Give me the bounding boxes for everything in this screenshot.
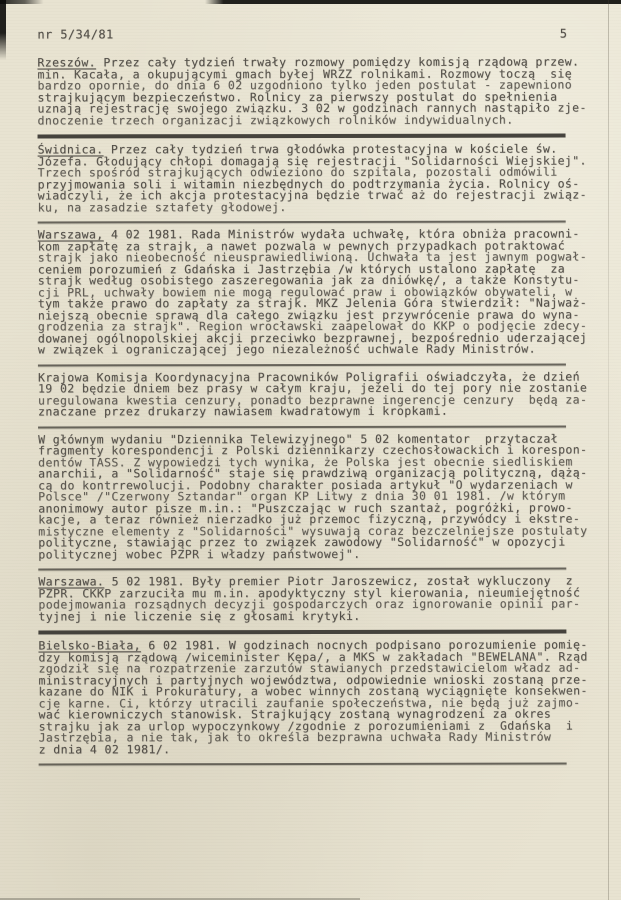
section-divider	[38, 221, 566, 224]
section-divider	[39, 763, 567, 766]
page-number: 5	[560, 27, 568, 41]
text-line: w związek i ograniczającej jego niezależ…	[38, 344, 568, 356]
text-line: uregulowana kwestia cenzury, ponadto bez…	[38, 394, 568, 406]
section-divider	[38, 425, 566, 428]
news-section: W głównym wydaniu "Dziennika Telewizyjne…	[38, 433, 568, 560]
news-section: Warszawa, 4 02 1981. Rada Ministrów wyda…	[38, 229, 568, 356]
text-line: zgodził się na rozpatrzenie zarzutów sta…	[38, 663, 568, 675]
news-section: Świdnica. Przez cały tydzień trwa głodów…	[38, 144, 568, 214]
section-divider	[38, 363, 566, 366]
page-header: nr 5/34/81 5	[37, 27, 567, 42]
scanned-bulletin-page: nr 5/34/81 5 Rzeszów. Przez cały tydzień…	[0, 0, 621, 900]
scan-crease-right	[608, 0, 609, 900]
text-line: tyjnej i nie liczenie się z głosami kryt…	[38, 610, 568, 622]
text-line: bardzo opornie, do dnia 6 02 uzgodniono …	[37, 80, 567, 92]
text-line: cji PRL, uchwały bowiem nie mogą regulow…	[38, 286, 568, 298]
news-section: Krajowa Komisja Koordynacyjna Pracownikó…	[38, 371, 568, 418]
text-line: strajk jako nieobecność nieusprawiedliwi…	[38, 252, 568, 264]
scan-artifact-top-edge	[0, 0, 621, 4]
text-line: mistyczne elementy z "Solidarności" wysu…	[38, 525, 568, 537]
section-divider	[38, 630, 566, 635]
news-section: Rzeszów. Przez cały tydzień trwały rozmo…	[37, 57, 567, 127]
text-line: grodzenia za strajk". Region wrocławski …	[38, 321, 568, 333]
text-line: dentów TASS. Z wypowiedzi tych wynika, ż…	[38, 456, 568, 468]
text-line: z dnia 4 02 1981/.	[39, 743, 569, 755]
text-line: Trzech spośród strajkujących odwieziono …	[38, 167, 568, 179]
issue-number: nr 5/34/81	[37, 27, 113, 41]
text-line: podejmowania rozsądnych decyzji gospodar…	[38, 599, 568, 611]
text-line: Jastrzębia, a nie tak, jak to określa be…	[39, 732, 569, 744]
text-line: cje karne. Ci, którzy utracili zaufanie …	[39, 697, 569, 709]
section-divider	[38, 134, 566, 139]
section-divider	[38, 568, 566, 571]
page-content: nr 5/34/81 5 Rzeszów. Przez cały tydzień…	[37, 27, 568, 772]
news-section: Bielsko-Biała, 6 02 1981. W godzinach no…	[38, 640, 568, 756]
text-line: dnoczenie trzech organizacji związkowych…	[38, 114, 568, 126]
scan-artifact-left-edge	[0, 0, 6, 60]
text-line: znaczane przez drukarzy nawiasem kwadrat…	[38, 406, 568, 418]
news-section: Warszawa. 5 02 1981. Były premier Piotr …	[38, 576, 568, 623]
text-line: Polsce" /"Czerwony Sztandar" organ KP Li…	[38, 491, 568, 503]
text-line: ku, na zasadzie sztafety głodowej.	[38, 201, 568, 213]
document-body: Rzeszów. Przez cały tydzień trwały rozmo…	[37, 57, 568, 766]
text-line: politycznej wobec PZPR i władzy państwow…	[38, 548, 568, 560]
